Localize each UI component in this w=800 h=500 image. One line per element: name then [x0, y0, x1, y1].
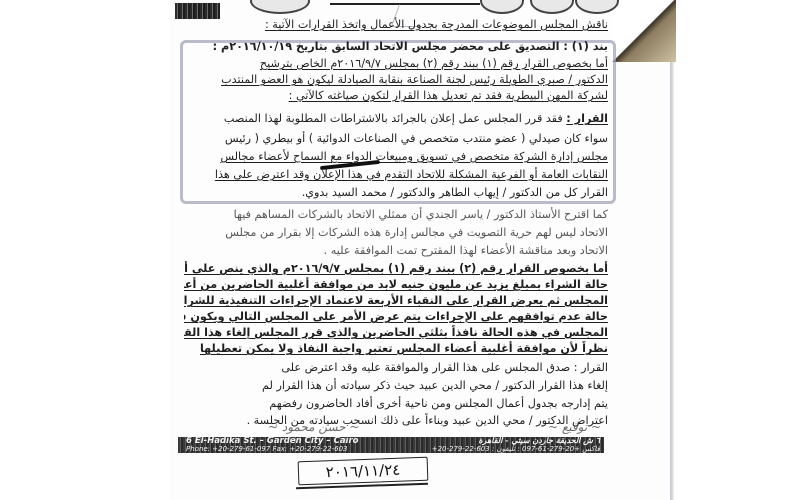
intro-heading: ناقش المجلس الموضوعات المدرجة بجدول الأع…: [184, 17, 608, 33]
decision-text: فقد قرر المجلس عمل إعلان بالجرائد بالاشت…: [224, 112, 563, 125]
decision-line: النقابات العامة أو الفرعية المشكلة للاتح…: [184, 167, 608, 183]
decision-line: مجلس إدارة الشركة متخصص في تسويق ومبيعات…: [184, 149, 608, 165]
item1-title: بند (١) : التصديق على محضر مجلس الاتحاد …: [184, 39, 608, 55]
item2-line: المجلس في هذه الحالة نافذاً بثلثي الحاضر…: [184, 325, 608, 341]
scanned-page: ناقش المجلس الموضوعات المدرجة بجدول الأع…: [0, 0, 800, 500]
folded-corner: [612, 0, 676, 62]
proposal-line: الاتحاد وبعد مناقشة الأعضاء لهذا المقترح…: [184, 243, 608, 259]
decision-line: سواء كان صيدلي ( عضو منتدب متخصص في الصن…: [184, 131, 608, 147]
signature-right: ~ توقيع ~: [548, 420, 601, 434]
proposal-line: كما اقترح الأستاذ الدكتور / ياسر الجندي …: [184, 207, 608, 223]
final-decision-line: اعتراض الدكتور / محي الدين عبيد وبناءاً …: [184, 413, 608, 429]
footer-arabic: ٦ ش الحديقة جاردن سيتي - القاهرة +20-279…: [432, 437, 600, 453]
final-decision-line: القرار : صدق المجلس على هذا القرار والمو…: [184, 360, 608, 376]
item1-para-line: أما بخصوص القرار رقم (١) ببند رقم (٢) بم…: [184, 56, 608, 72]
decision-line: القرار كل من الدكتور / إيهاب الطاهر والد…: [184, 185, 608, 201]
item2-line: حالة الشراء بمبلغ يزيد عن مليون جنيه لاب…: [184, 277, 608, 293]
footer-phone-en: Phone: +20-279-61-097 Fax: +20-279-22-60…: [186, 445, 359, 453]
minutes-body: ناقش المجلس الموضوعات المدرجة بجدول الأع…: [184, 0, 608, 440]
footer-phone-ar: +20-279-22-603 : فاكس +20-279-61-097 : ت…: [432, 445, 600, 453]
footer-address-en: 6 El-Hadika St. – Garden City – Cairo: [186, 437, 359, 445]
item2-line: أما بخصوص القرار رقم (٢) ببند رقم (١) بم…: [184, 261, 608, 277]
paper-edge: [670, 60, 674, 500]
item2-line: حالة عدم توافقهم على الإجراءات يتم عرض ا…: [184, 309, 608, 325]
item2-line: المجلس ثم يعرض القرار على النقباء الأربع…: [184, 293, 608, 309]
item1-para-line: لشركة المهن البيطرية فقد تم تعديل هذا ال…: [184, 88, 608, 104]
footer-english: 6 El-Hadika St. – Garden City – Cairo Ph…: [186, 437, 359, 453]
item2-line: نظراً لأن موافقة أغلبية أعضاء المجلس تعت…: [184, 341, 608, 357]
footer-contact-bar: 6 El-Hadika St. – Garden City – Cairo Ph…: [178, 437, 604, 453]
final-decision-line: يتم إدارجه بجدول أعمال المجلس ومن ناحية …: [184, 396, 608, 412]
item1-para-line: الدكتور / صبري الطويلة رئيس لجنة الصناعة…: [184, 72, 608, 88]
footer-address-ar: ٦ ش الحديقة جاردن سيتي - القاهرة: [432, 437, 600, 445]
decision-line: القرار : فقد قرر المجلس عمل إعلان بالجرا…: [184, 111, 608, 127]
decision-label: القرار :: [566, 112, 608, 125]
final-decision-line: إلغاء هذا القرار الدكتور / محي الدين عبي…: [184, 378, 608, 394]
handwritten-date: ٢٠١٦/١١/٢٤: [298, 457, 429, 486]
proposal-line: الاتحاد ليس لهم حرية التصويت في مجالس إد…: [184, 225, 608, 241]
signature-left: ~ حسن محمود ~: [268, 420, 359, 434]
